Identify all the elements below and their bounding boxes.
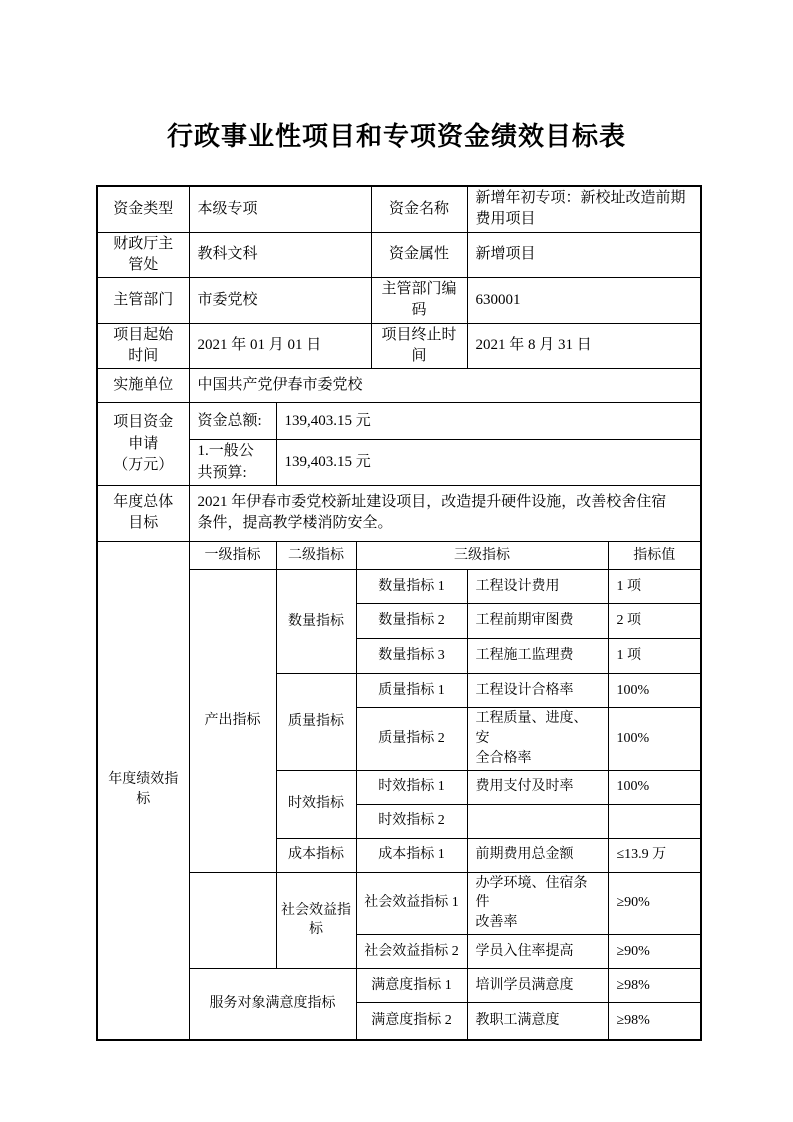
competent-dept-label: 主管部门 <box>97 278 189 324</box>
fund-total-value: 139,403.15 元 <box>276 403 701 440</box>
level2-quantity-cell: 数量指标 <box>276 569 356 673</box>
indicator-header-row: 年度绩效指 标 一级指标 二级指标 三级指标 指标值 <box>97 541 701 569</box>
header-level3: 三级指标 <box>356 541 608 569</box>
l3-content-cell: 办学环境、住宿条件 改善率 <box>467 872 608 935</box>
l3-name-cell: 社会效益指标 2 <box>356 935 467 969</box>
fund-request-label: 项目资金 申请 （万元） <box>97 403 189 486</box>
l3-content-cell: 工程前期审图费 <box>467 603 608 638</box>
level2-time-cell: 时效指标 <box>276 770 356 838</box>
l3-content-cell: 前期费用总金额 <box>467 838 608 872</box>
l3-value-cell: ≥98% <box>608 1003 701 1040</box>
header-level2: 二级指标 <box>276 541 356 569</box>
l3-value-cell: ≥90% <box>608 872 701 935</box>
level2-cost-cell: 成本指标 <box>276 838 356 872</box>
l3-name-cell: 满意度指标 1 <box>356 969 467 1003</box>
fund-attr-value: 新增项目 <box>467 232 701 278</box>
general-budget-name: 1.一般公 共预算: <box>189 440 276 486</box>
l3-name-cell: 时效指标 1 <box>356 770 467 804</box>
l3-value-cell: 100% <box>608 770 701 804</box>
l3-name-cell: 质量指标 1 <box>356 673 467 707</box>
info-row: 主管部门 市委党校 主管部门编 码 630001 <box>97 278 701 324</box>
document-title: 行政事业性项目和专项资金绩效目标表 <box>0 0 793 153</box>
l3-name-cell: 数量指标 2 <box>356 603 467 638</box>
fund-type-label: 资金类型 <box>97 186 189 232</box>
fund-attr-label: 资金属性 <box>371 232 467 278</box>
l3-name-cell: 时效指标 2 <box>356 804 467 838</box>
info-row: 财政厅主 管处 教科文科 资金属性 新增项目 <box>97 232 701 278</box>
document-page: 行政事业性项目和专项资金绩效目标表 资金类型 本级专项 资金名称 新增年初专项：… <box>0 0 793 1122</box>
l3-name-cell: 成本指标 1 <box>356 838 467 872</box>
l3-content-cell <box>467 804 608 838</box>
implement-unit-label: 实施单位 <box>97 369 189 403</box>
l3-name-cell: 社会效益指标 1 <box>356 872 467 935</box>
level1-service-cell: 服务对象满意度指标 <box>189 969 356 1040</box>
l3-content-cell: 教职工满意度 <box>467 1003 608 1040</box>
annual-goal-label: 年度总体 目标 <box>97 485 189 541</box>
l3-name-cell: 数量指标 3 <box>356 638 467 673</box>
dept-code-label: 主管部门编 码 <box>371 278 467 324</box>
level1-blank-cell <box>189 872 276 969</box>
fund-name-value: 新增年初专项：新校址改造前期 费用项目 <box>467 186 701 232</box>
l3-value-cell: ≥90% <box>608 935 701 969</box>
performance-target-table: 资金类型 本级专项 资金名称 新增年初专项：新校址改造前期 费用项目 财政厅主 … <box>96 185 702 1041</box>
l3-name-cell: 质量指标 2 <box>356 707 467 770</box>
finance-dept-label: 财政厅主 管处 <box>97 232 189 278</box>
fund-total-row: 项目资金 申请 （万元） 资金总额: 139,403.15 元 <box>97 403 701 440</box>
l3-value-cell: 100% <box>608 673 701 707</box>
l3-content-cell: 工程施工监理费 <box>467 638 608 673</box>
end-date-label: 项目终止时 间 <box>371 323 467 369</box>
l3-content-cell: 学员入住率提高 <box>467 935 608 969</box>
indicator-section-label: 年度绩效指 标 <box>97 541 189 1039</box>
l3-value-cell: 100% <box>608 707 701 770</box>
dept-code-value: 630001 <box>467 278 701 324</box>
level2-social-cell: 社会效益指 标 <box>276 872 356 969</box>
l3-content-cell: 工程设计费用 <box>467 569 608 603</box>
level1-output-cell: 产出指标 <box>189 569 276 872</box>
fund-name-label: 资金名称 <box>371 186 467 232</box>
fund-type-value: 本级专项 <box>189 186 371 232</box>
l3-value-cell: ≥98% <box>608 969 701 1003</box>
l3-value-cell: ≤13.9 万 <box>608 838 701 872</box>
fund-total-name: 资金总额: <box>189 403 276 440</box>
info-row: 项目起始 时间 2021 年 01 月 01 日 项目终止时 间 2021 年 … <box>97 323 701 369</box>
header-level1: 一级指标 <box>189 541 276 569</box>
general-budget-value: 139,403.15 元 <box>276 440 701 486</box>
l3-value-cell: 1 项 <box>608 569 701 603</box>
l3-content-cell: 工程设计合格率 <box>467 673 608 707</box>
competent-dept-value: 市委党校 <box>189 278 371 324</box>
implement-unit-value: 中国共产党伊春市委党校 <box>189 369 701 403</box>
l3-name-cell: 满意度指标 2 <box>356 1003 467 1040</box>
level2-quality-cell: 质量指标 <box>276 673 356 770</box>
end-date-value: 2021 年 8 月 31 日 <box>467 323 701 369</box>
implement-unit-row: 实施单位 中国共产党伊春市委党校 <box>97 369 701 403</box>
info-row: 资金类型 本级专项 资金名称 新增年初专项：新校址改造前期 费用项目 <box>97 186 701 232</box>
start-date-label: 项目起始 时间 <box>97 323 189 369</box>
l3-name-cell: 数量指标 1 <box>356 569 467 603</box>
l3-value-cell: 1 项 <box>608 638 701 673</box>
start-date-value: 2021 年 01 月 01 日 <box>189 323 371 369</box>
l3-content-cell: 工程质量、进度、安 全合格率 <box>467 707 608 770</box>
header-value: 指标值 <box>608 541 701 569</box>
l3-content-cell: 培训学员满意度 <box>467 969 608 1003</box>
l3-content-cell: 费用支付及时率 <box>467 770 608 804</box>
finance-dept-value: 教科文科 <box>189 232 371 278</box>
annual-goal-row: 年度总体 目标 2021 年伊春市委党校新址建设项目，改造提升硬件设施，改善校舍… <box>97 485 701 541</box>
l3-value-cell: 2 项 <box>608 603 701 638</box>
l3-value-cell <box>608 804 701 838</box>
annual-goal-value: 2021 年伊春市委党校新址建设项目，改造提升硬件设施，改善校舍住宿 条件，提高… <box>189 485 701 541</box>
